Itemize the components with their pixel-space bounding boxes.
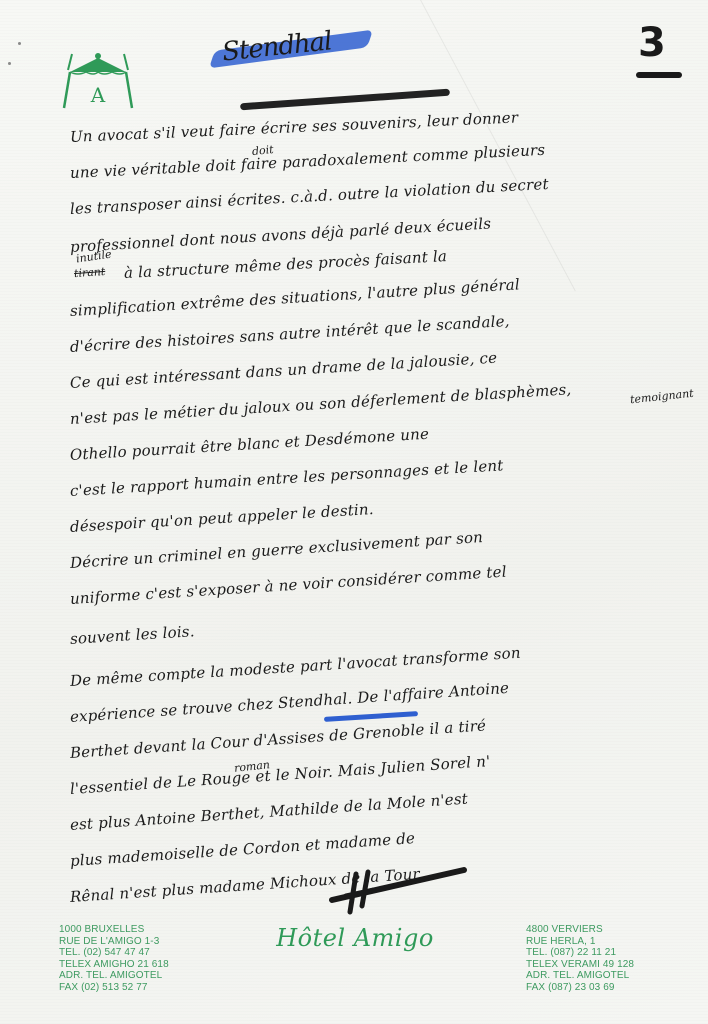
address-line: RUE DE L'AMIGO 1-3: [59, 936, 169, 948]
handwritten-line: Othello pourrait être blanc et Desdémone…: [69, 425, 429, 464]
paper-speck: [18, 42, 21, 45]
address-line: ADR. TEL. AMIGOTEL: [59, 970, 169, 982]
brussels-address: 1000 BRUXELLES RUE DE L'AMIGO 1-3 TEL. (…: [59, 924, 169, 994]
handwritten-line: les transposer ainsi écrites. c.à.d. out…: [70, 175, 550, 218]
struck-word: tirant: [74, 265, 106, 280]
signature-mark: [328, 862, 468, 922]
address-line: FAX (02) 513 52 77: [59, 982, 169, 994]
handwritten-line: Berthet devant la Cour d'Assises de Gren…: [69, 716, 486, 762]
address-line: TELEX VERAMI 49 128: [526, 959, 634, 971]
handwritten-line: Un avocat s'il veut faire écrire ses sou…: [70, 108, 519, 146]
address-line: 1000 BRUXELLES: [59, 924, 169, 936]
page-number-underline: [636, 72, 682, 78]
address-line: TELEX AMIGHO 21 618: [59, 959, 169, 971]
title-text: Stendhal: [221, 26, 333, 67]
letter-page: A Stendhal 3 Un avocat s'il veut faire é…: [0, 0, 708, 1024]
handwritten-line: souvent les lois.: [69, 622, 195, 648]
handwritten-line: Ce qui est intéressant dans un drame de …: [69, 349, 497, 392]
address-line: TEL. (087) 22 11 21: [526, 947, 634, 959]
handwritten-line: Décrire un criminel en guerre exclusivem…: [69, 528, 483, 572]
hotel-name: Hôtel Amigo: [270, 924, 440, 952]
address-line: RUE HERLA, 1: [526, 936, 634, 948]
handwritten-line: c'est le rapport humain entre les person…: [69, 456, 503, 500]
address-line: ADR. TEL. AMIGOTEL: [526, 970, 634, 982]
handwritten-line: est plus Antoine Berthet, Mathilde de la…: [69, 790, 468, 834]
margin-note: temoignant: [629, 387, 694, 407]
handwritten-line: l'essentiel de Le Rouge et le Noir. Mais…: [69, 752, 491, 798]
address-line: 4800 VERVIERS: [526, 924, 634, 936]
title-underline: [240, 89, 450, 111]
handwritten-line: à la structure même des procès faisant l…: [124, 247, 448, 282]
svg-text:A: A: [90, 83, 106, 107]
hotel-amigo-tent-logo-icon: A: [58, 50, 138, 112]
stendhal-blue-underline: [324, 711, 418, 722]
handwritten-line: simplification extrême des situations, l…: [69, 275, 520, 320]
handwritten-line: uniforme c'est s'exposer à ne voir consi…: [69, 563, 507, 608]
address-line: TEL. (02) 547 47 47: [59, 947, 169, 959]
handwritten-line: une vie véritable doit faire paradoxalem…: [70, 141, 546, 182]
paper-speck: [8, 62, 11, 65]
page-number: 3: [638, 20, 666, 66]
address-line: FAX (087) 23 03 69: [526, 982, 634, 994]
verviers-address: 4800 VERVIERS RUE HERLA, 1 TEL. (087) 22…: [526, 924, 634, 994]
document-title: Stendhal: [200, 18, 440, 82]
handwritten-line: désespoir qu'on peut appeler le destin.: [69, 500, 374, 536]
handwritten-line: d'écrire des histoires sans autre intérê…: [69, 312, 510, 356]
